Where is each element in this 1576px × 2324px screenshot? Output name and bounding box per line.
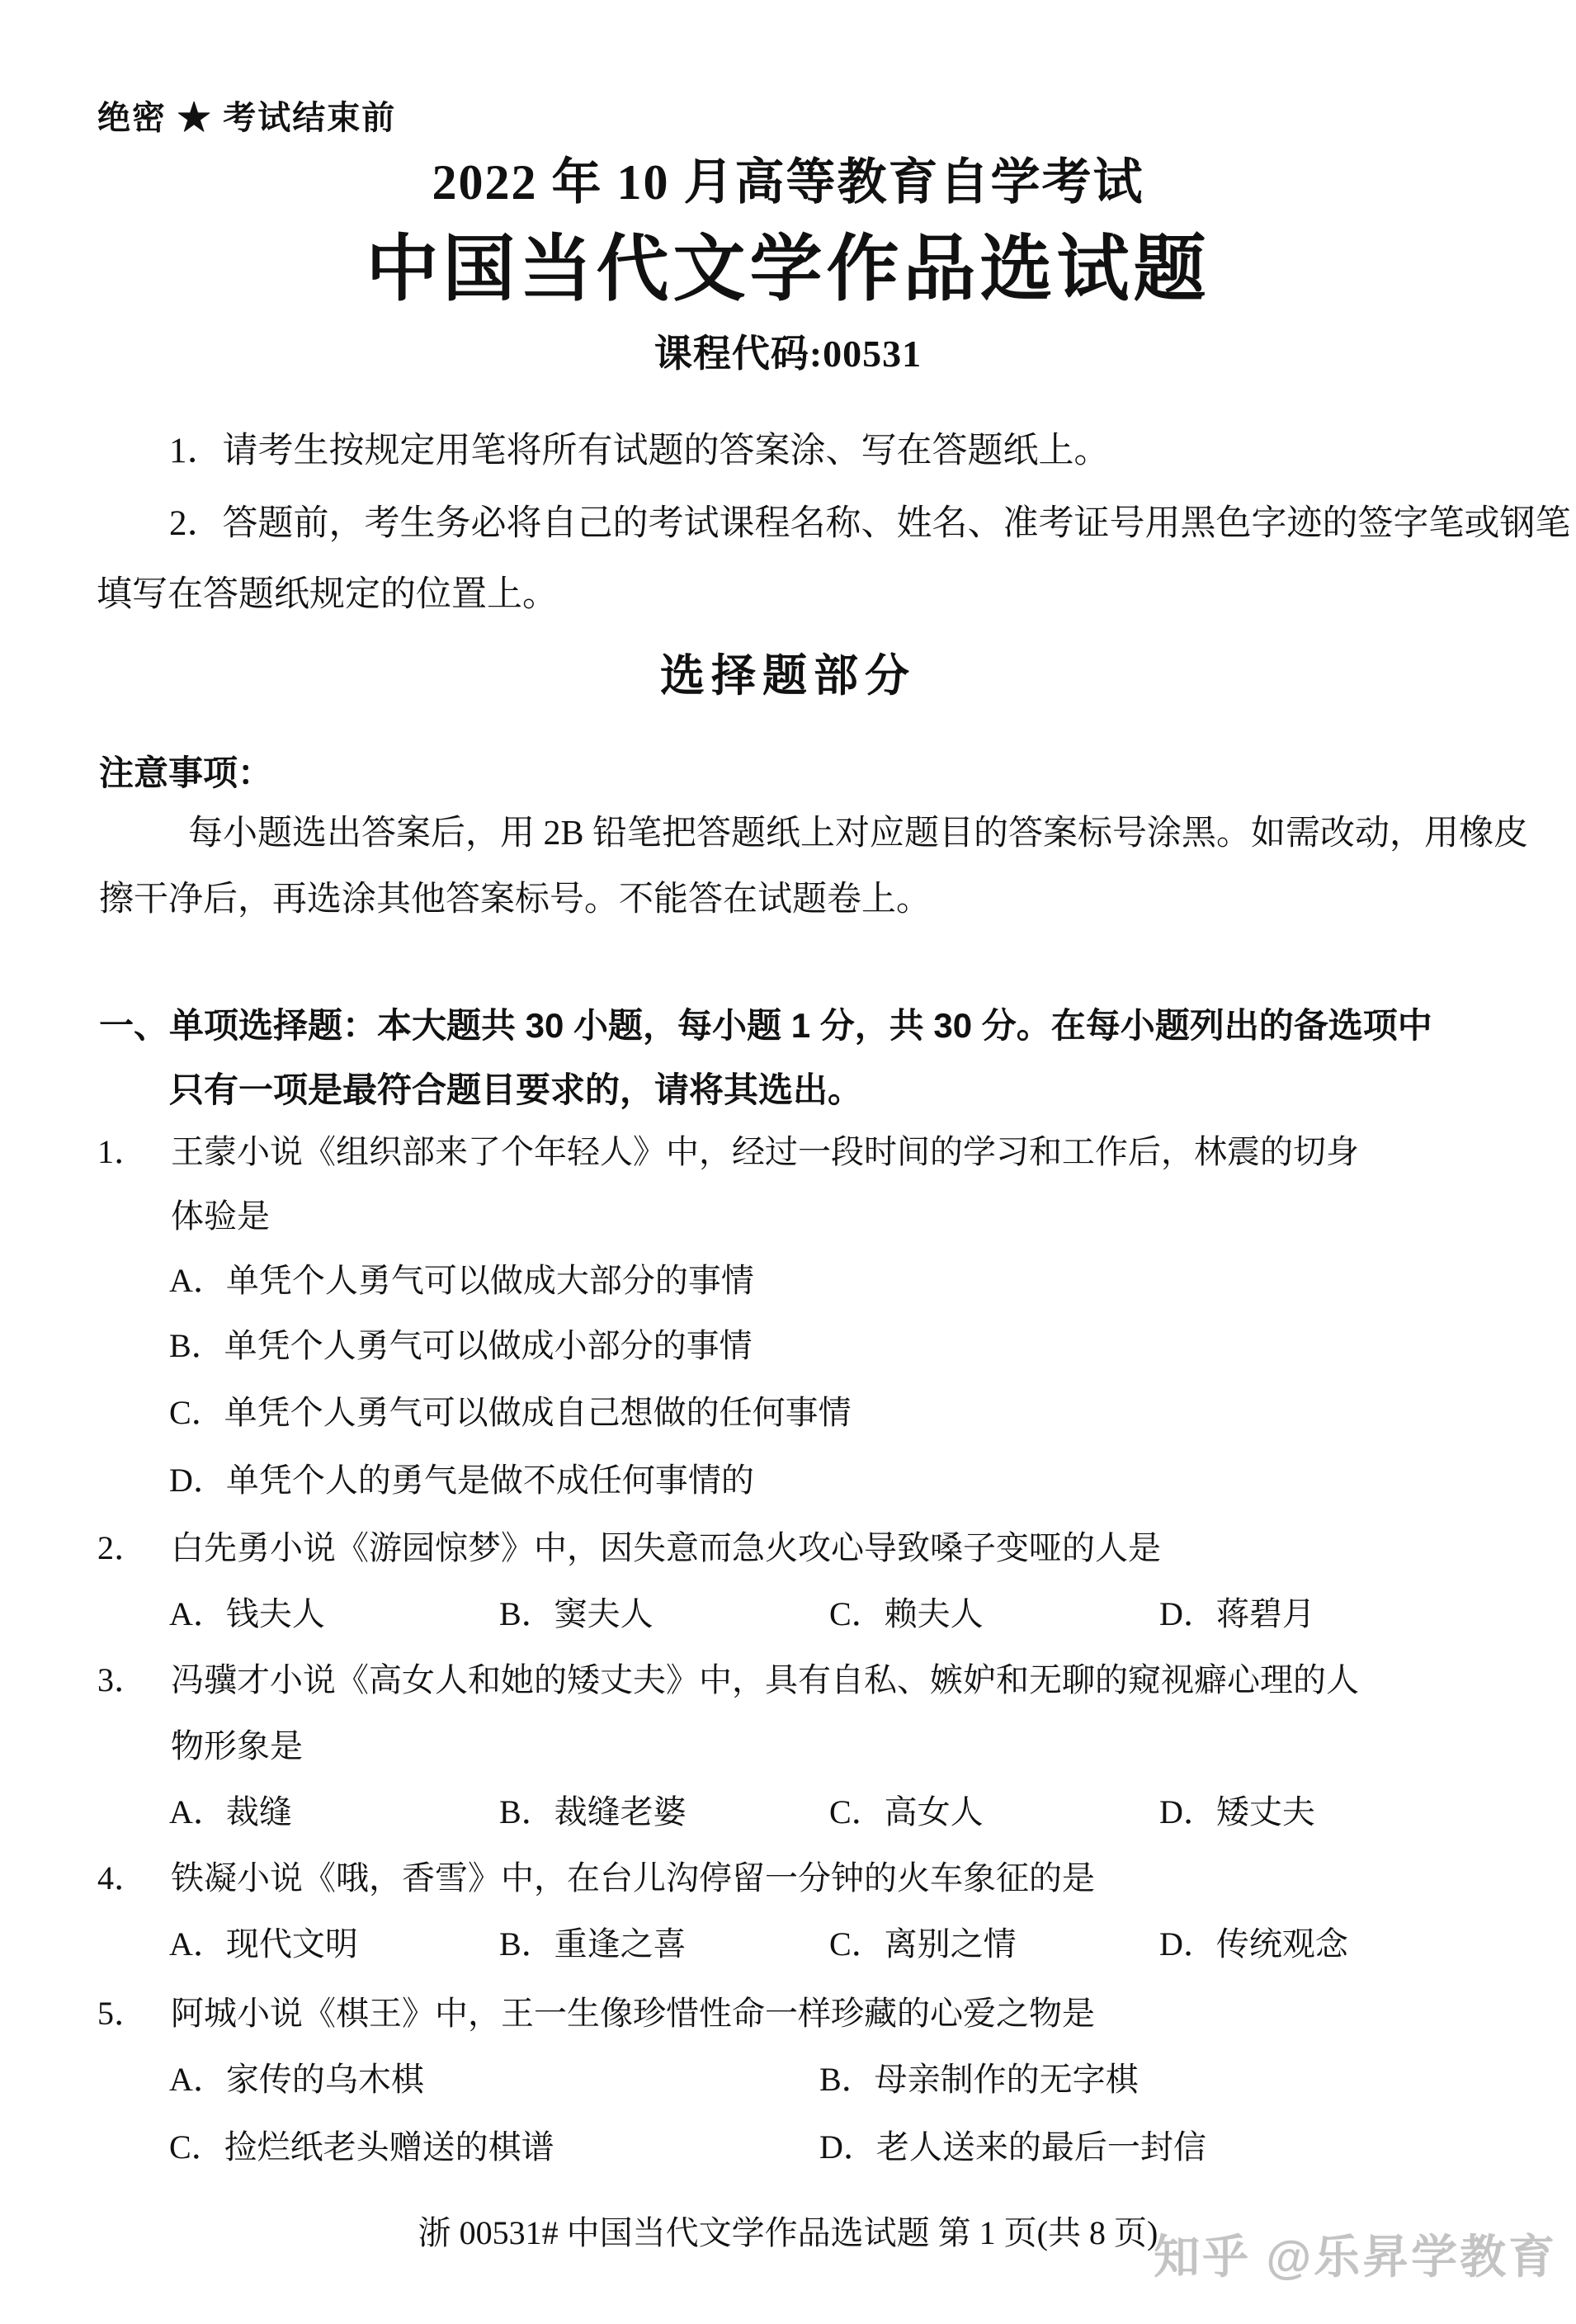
option-a: A．裁缝: [169, 1793, 499, 1831]
question-stem: 1．王蒙小说《组织部来了个年轻人》中，经过一段时间的学习和工作后，林震的切身: [97, 1132, 1359, 1171]
option-d: D．传统观念: [1159, 1925, 1348, 1963]
question-number: 4．: [97, 1859, 171, 1897]
options-row: A．钱夫人B．窦夫人C．赖夫人D．蒋碧月: [169, 1594, 1315, 1633]
option-c: C．捡烂纸老头赠送的棋谱: [169, 2128, 819, 2166]
question-stem-continuation: 物形象是: [171, 1726, 303, 1765]
question-number: 5．: [97, 1994, 171, 2033]
exam-session-title: 2022 年 10 月高等教育自学考试: [0, 154, 1576, 212]
question-stem-continuation: 体验是: [171, 1197, 270, 1235]
option-c: C．单凭个人勇气可以做成自己想做的任何事情: [169, 1393, 852, 1432]
instruction-item-2-line-1: 2．答题前，考生务必将自己的考试课程名称、姓名、准考证号用黑色字迹的签字笔或钢笔: [169, 503, 1571, 546]
option-b: B．裁缝老婆: [499, 1793, 829, 1831]
option-c: C．赖夫人: [829, 1594, 1159, 1633]
notes-line-1: 每小题选出答案后，用 2B 铅笔把答题纸上对应题目的答案标号涂黑。如需改动，用橡…: [188, 814, 1528, 855]
question-stem: 5．阿城小说《棋王》中，王一生像珍惜性命一样珍藏的心爱之物是: [97, 1994, 1095, 2033]
options-row: A．家传的乌木棋B．母亲制作的无字棋: [169, 2060, 1139, 2099]
section-title-multiple-choice: 选择题部分: [0, 650, 1576, 703]
instruction-item-2-line-2: 填写在答题纸规定的位置上。: [97, 574, 558, 616]
option-b: B．单凭个人勇气可以做成小部分的事情: [169, 1326, 753, 1365]
option-c: C．高女人: [829, 1793, 1159, 1831]
question-stem-text: 白先勇小说《游园惊梦》中，因失意而急火攻心导致嗓子变哑的人是: [171, 1529, 1161, 1566]
question-stem-text: 铁凝小说《哦，香雪》中，在台儿沟停留一分钟的火车象征的是: [171, 1859, 1095, 1897]
question-stem: 3．冯骥才小说《高女人和她的矮丈夫》中，具有自私、嫉妒和无聊的窥视癖心理的人: [97, 1660, 1359, 1699]
options-row: A．现代文明B．重逢之喜C．离别之情D．传统观念: [169, 1925, 1348, 1963]
part-one-heading-text: 单项选择题：本大题共 30 小题，每小题 1 分，共 30 分。在每小题列出的备…: [169, 1006, 1432, 1045]
instruction-item-1: 1．请考生按规定用笔将所有试题的答案涂、写在答题纸上。: [169, 431, 1110, 473]
options-row: C．捡烂纸老头赠送的棋谱D．老人送来的最后一封信: [169, 2128, 1206, 2166]
question-stem: 4．铁凝小说《哦，香雪》中，在台儿沟停留一分钟的火车象征的是: [97, 1859, 1095, 1897]
exam-paper-page: 绝密 ★ 考试结束前 2022 年 10 月高等教育自学考试 中国当代文学作品选…: [0, 0, 1576, 2324]
option-b: B．母亲制作的无字棋: [819, 2060, 1139, 2099]
notes-line-2: 擦干净后，再选涂其他答案标号。不能答在试题卷上。: [99, 880, 931, 921]
option-b: B．重逢之喜: [499, 1925, 829, 1963]
exam-subject-title: 中国当代文学作品选试题: [0, 226, 1576, 312]
question-stem: 2．白先勇小说《游园惊梦》中，因失意而急火攻心导致嗓子变哑的人是: [97, 1528, 1161, 1567]
notes-label: 注意事项：: [99, 753, 272, 794]
question-number: 1．: [97, 1132, 171, 1171]
option-d: D．单凭个人的勇气是做不成任何事情的: [169, 1461, 754, 1500]
part-one-heading-line-1: 一、单项选择题：本大题共 30 小题，每小题 1 分，共 30 分。在每小题列出…: [99, 1005, 1432, 1046]
option-a: A．钱夫人: [169, 1594, 499, 1633]
option-d: D．蒋碧月: [1159, 1594, 1315, 1633]
option-a: A．现代文明: [169, 1925, 499, 1963]
option-d: D．老人送来的最后一封信: [819, 2128, 1206, 2166]
question-stem-text: 阿城小说《棋王》中，王一生像珍惜性命一样珍藏的心爱之物是: [171, 1995, 1095, 2032]
classification-label: 绝密 ★ 考试结束前: [97, 99, 396, 138]
option-d: D．矮丈夫: [1159, 1793, 1315, 1831]
option-a: A．家传的乌木棋: [169, 2060, 819, 2099]
option-b: B．窦夫人: [499, 1594, 829, 1633]
question-number: 3．: [97, 1660, 171, 1699]
question-stem-text: 王蒙小说《组织部来了个年轻人》中，经过一段时间的学习和工作后，林震的切身: [171, 1133, 1359, 1170]
part-one-number: 一、: [99, 1005, 169, 1046]
part-one-heading-line-2: 只有一项是最符合题目要求的，请将其选出。: [169, 1070, 862, 1111]
option-a: A．单凭个人勇气可以做成大部分的事情: [169, 1261, 754, 1300]
course-code: 课程代码:00531: [0, 332, 1576, 376]
question-stem-text: 冯骥才小说《高女人和她的矮丈夫》中，具有自私、嫉妒和无聊的窥视癖心理的人: [171, 1661, 1359, 1698]
question-number: 2．: [97, 1528, 171, 1567]
options-row: A．裁缝B．裁缝老婆C．高女人D．矮丈夫: [169, 1793, 1315, 1831]
option-c: C．离别之情: [829, 1925, 1159, 1963]
watermark: 知乎 @乐昇学教育: [1154, 2230, 1557, 2284]
